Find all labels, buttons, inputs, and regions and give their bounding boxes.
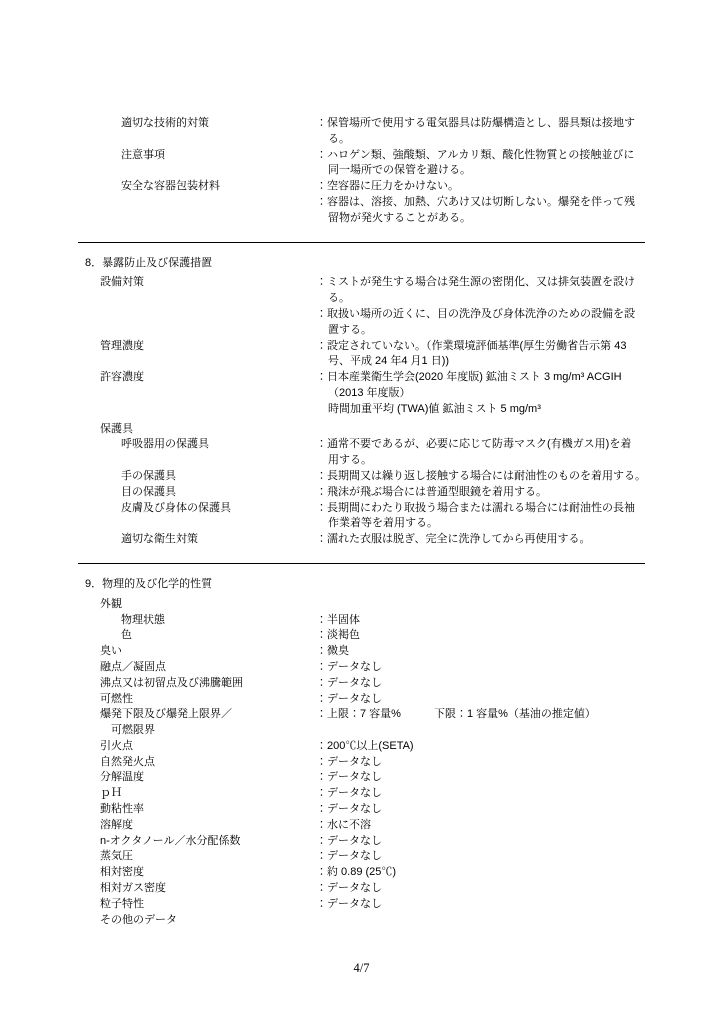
property-row: ｐＨ：データなし: [85, 786, 665, 802]
property-label: 目の保護具: [121, 485, 316, 501]
document-body: 適切な技術的対策：保管場所で使用する電気器具は防爆構造とし、器具類は接地する。注…: [85, 116, 665, 928]
section-8-exposure-controls-personal-protection: 8．暴露防止及び保護措置設備対策：ミストが発生する場合は発生源の密閉化、又は排気…: [85, 256, 665, 548]
property-label: 適切な衛生対策: [121, 532, 316, 548]
sds-document-page: 適切な技術的対策：保管場所で使用する電気器具は防爆構造とし、器具類は接地する。注…: [0, 0, 723, 1024]
section-divider: [78, 242, 645, 243]
property-label: 管理濃度: [100, 339, 316, 355]
property-value: ：データなし: [316, 897, 665, 913]
storage-handling-precautions-continued: 適切な技術的対策：保管場所で使用する電気器具は防爆構造とし、器具類は接地する。注…: [85, 116, 665, 227]
property-label: 可燃性: [100, 692, 316, 708]
property-row: 相対密度：約 0.89 (25℃): [85, 865, 665, 881]
property-row: 物理状態：半固体: [85, 613, 665, 629]
property-label: n-オクタノール／水分配係数: [100, 834, 316, 850]
property-row: 可燃性：データなし: [85, 692, 665, 708]
property-value: ：データなし: [316, 881, 665, 897]
property-value: ：日本産業衛生学会(2020 年度版) 鉱油ミスト 3 mg/m³ ACGIH（…: [316, 370, 665, 417]
property-label: 手の保護具: [121, 469, 316, 485]
property-row: 融点／凝固点：データなし: [85, 660, 665, 676]
property-label: 相対ガス密度: [100, 881, 316, 897]
property-label: 許容濃度: [100, 370, 316, 386]
property-value: ：上限：7 容量% 下限：1 容量%（基油の推定値）: [316, 707, 665, 723]
property-row: 沸点又は初留点及び沸騰範囲：データなし: [85, 676, 665, 692]
property-value: ：濡れた衣服は脱ぎ、完全に洗浄してから再使用する。: [316, 532, 665, 548]
property-row: 相対ガス密度：データなし: [85, 881, 665, 897]
property-value: ：データなし: [316, 849, 665, 865]
property-value: ：ハロゲン類、強酸類、アルカリ類、酸化性物質との接触並びに同一場所での保管を避け…: [316, 148, 665, 180]
property-value: ：水に不溶: [316, 818, 665, 834]
property-label: 外観: [100, 597, 316, 613]
property-label: 設備対策: [100, 275, 316, 291]
property-value: ：データなし: [316, 676, 665, 692]
property-value: ：保管場所で使用する電気器具は防爆構造とし、器具類は接地する。: [316, 116, 665, 148]
property-row: 設備対策：ミストが発生する場合は発生源の密閉化、又は排気装置を設ける。：取扱い場…: [85, 275, 665, 338]
property-row: n-オクタノール／水分配係数：データなし: [85, 834, 665, 850]
property-label: その他のデータ: [100, 913, 316, 929]
property-label: 色: [121, 628, 316, 644]
property-label: 自然発火点: [100, 755, 316, 771]
property-value: ：データなし: [316, 802, 665, 818]
property-label: 皮膚及び身体の保護具: [121, 501, 316, 517]
property-row: 許容濃度：日本産業衛生学会(2020 年度版) 鉱油ミスト 3 mg/m³ AC…: [85, 370, 665, 417]
property-value: ：データなし: [316, 770, 665, 786]
property-label: 爆発下限及び爆発上限界／ 可燃限界: [100, 707, 316, 739]
property-row: 爆発下限及び爆発上限界／ 可燃限界：上限：7 容量% 下限：1 容量%（基油の推…: [85, 707, 665, 739]
property-value: ：約 0.89 (25℃): [316, 865, 665, 881]
property-label: 相対密度: [100, 865, 316, 881]
property-label: 適切な技術的対策: [121, 116, 316, 132]
property-label: 注意事項: [121, 148, 316, 164]
property-value: ：データなし: [316, 786, 665, 802]
property-label: 沸点又は初留点及び沸騰範囲: [100, 676, 316, 692]
property-row: 呼吸器用の保護具：通常不要であるが、必要に応じて防毒マスク(有機ガス用)を着用す…: [85, 437, 665, 469]
property-label: 臭い: [100, 644, 316, 660]
property-row: 保護具: [85, 422, 665, 438]
property-row: 管理濃度：設定されていない。（作業環境評価基準(厚生労働省告示第 43号、平成 …: [85, 339, 665, 371]
property-row: 手の保護具：長期間又は繰り返し接触する場合には耐油性のものを着用する。: [85, 469, 665, 485]
property-row: 目の保護具：飛沫が飛ぶ場合には普通型眼鏡を着用する。: [85, 485, 665, 501]
property-value: ：ミストが発生する場合は発生源の密閉化、又は排気装置を設ける。：取扱い場所の近く…: [316, 275, 665, 338]
property-value: ：データなし: [316, 834, 665, 850]
property-row: 溶解度：水に不溶: [85, 818, 665, 834]
property-value: ：データなし: [316, 692, 665, 708]
property-row: 臭い：微臭: [85, 644, 665, 660]
property-row: 適切な技術的対策：保管場所で使用する電気器具は防爆構造とし、器具類は接地する。: [85, 116, 665, 148]
property-label: 分解温度: [100, 770, 316, 786]
section-divider: [78, 563, 645, 564]
property-label: 溶解度: [100, 818, 316, 834]
property-row: 分解温度：データなし: [85, 770, 665, 786]
section-header: 9．物理的及び化学的性質: [85, 577, 665, 593]
property-row: 蒸気圧：データなし: [85, 849, 665, 865]
property-label: 保護具: [100, 422, 316, 438]
property-label: 引火点: [100, 739, 316, 755]
property-row: 外観: [85, 597, 665, 613]
property-row: その他のデータ: [85, 913, 665, 929]
property-label: ｐＨ: [100, 786, 316, 802]
property-row: 適切な衛生対策：濡れた衣服は脱ぎ、完全に洗浄してから再使用する。: [85, 532, 665, 548]
property-row: 安全な容器包装材料：空容器に圧力をかけない。：容器は、溶接、加熱、穴あけ又は切断…: [85, 179, 665, 226]
property-value: ：データなし: [316, 755, 665, 771]
property-value: ：半固体: [316, 613, 665, 629]
property-value: ：200℃以上(SETA): [316, 739, 665, 755]
property-row: 動粘性率：データなし: [85, 802, 665, 818]
property-row: 皮膚及び身体の保護具：長期間にわたり取扱う場合または濡れる場合には耐油性の長袖作…: [85, 501, 665, 533]
property-value: ：データなし: [316, 660, 665, 676]
property-value: ：長期間にわたり取扱う場合または濡れる場合には耐油性の長袖作業着等を着用する。: [316, 501, 665, 533]
section-header: 8．暴露防止及び保護措置: [85, 256, 665, 272]
property-label: 安全な容器包装材料: [121, 179, 316, 195]
property-row: 自然発火点：データなし: [85, 755, 665, 771]
property-label: 動粘性率: [100, 802, 316, 818]
property-value: ：通常不要であるが、必要に応じて防毒マスク(有機ガス用)を着用する。: [316, 437, 665, 469]
property-value: ：淡褐色: [316, 628, 665, 644]
property-value: ：飛沫が飛ぶ場合には普通型眼鏡を着用する。: [316, 485, 665, 501]
page-number: 4/7: [0, 961, 723, 976]
property-row: 色：淡褐色: [85, 628, 665, 644]
property-row: 注意事項：ハロゲン類、強酸類、アルカリ類、酸化性物質との接触並びに同一場所での保…: [85, 148, 665, 180]
property-value: ：設定されていない。（作業環境評価基準(厚生労働省告示第 43号、平成 24 年…: [316, 339, 665, 371]
property-value: ：空容器に圧力をかけない。：容器は、溶接、加熱、穴あけ又は切断しない。爆発を伴っ…: [316, 179, 665, 226]
property-label: 粒子特性: [100, 897, 316, 913]
property-value: ：微臭: [316, 644, 665, 660]
property-label: 物理状態: [121, 613, 316, 629]
property-row: 粒子特性：データなし: [85, 897, 665, 913]
property-label: 融点／凝固点: [100, 660, 316, 676]
property-value: ：長期間又は繰り返し接触する場合には耐油性のものを着用する。: [316, 469, 665, 485]
property-label: 蒸気圧: [100, 849, 316, 865]
property-label: 呼吸器用の保護具: [121, 437, 316, 453]
property-row: 引火点：200℃以上(SETA): [85, 739, 665, 755]
section-9-physical-chemical-properties: 9．物理的及び化学的性質外観物理状態：半固体色：淡褐色臭い：微臭融点／凝固点：デ…: [85, 577, 665, 929]
